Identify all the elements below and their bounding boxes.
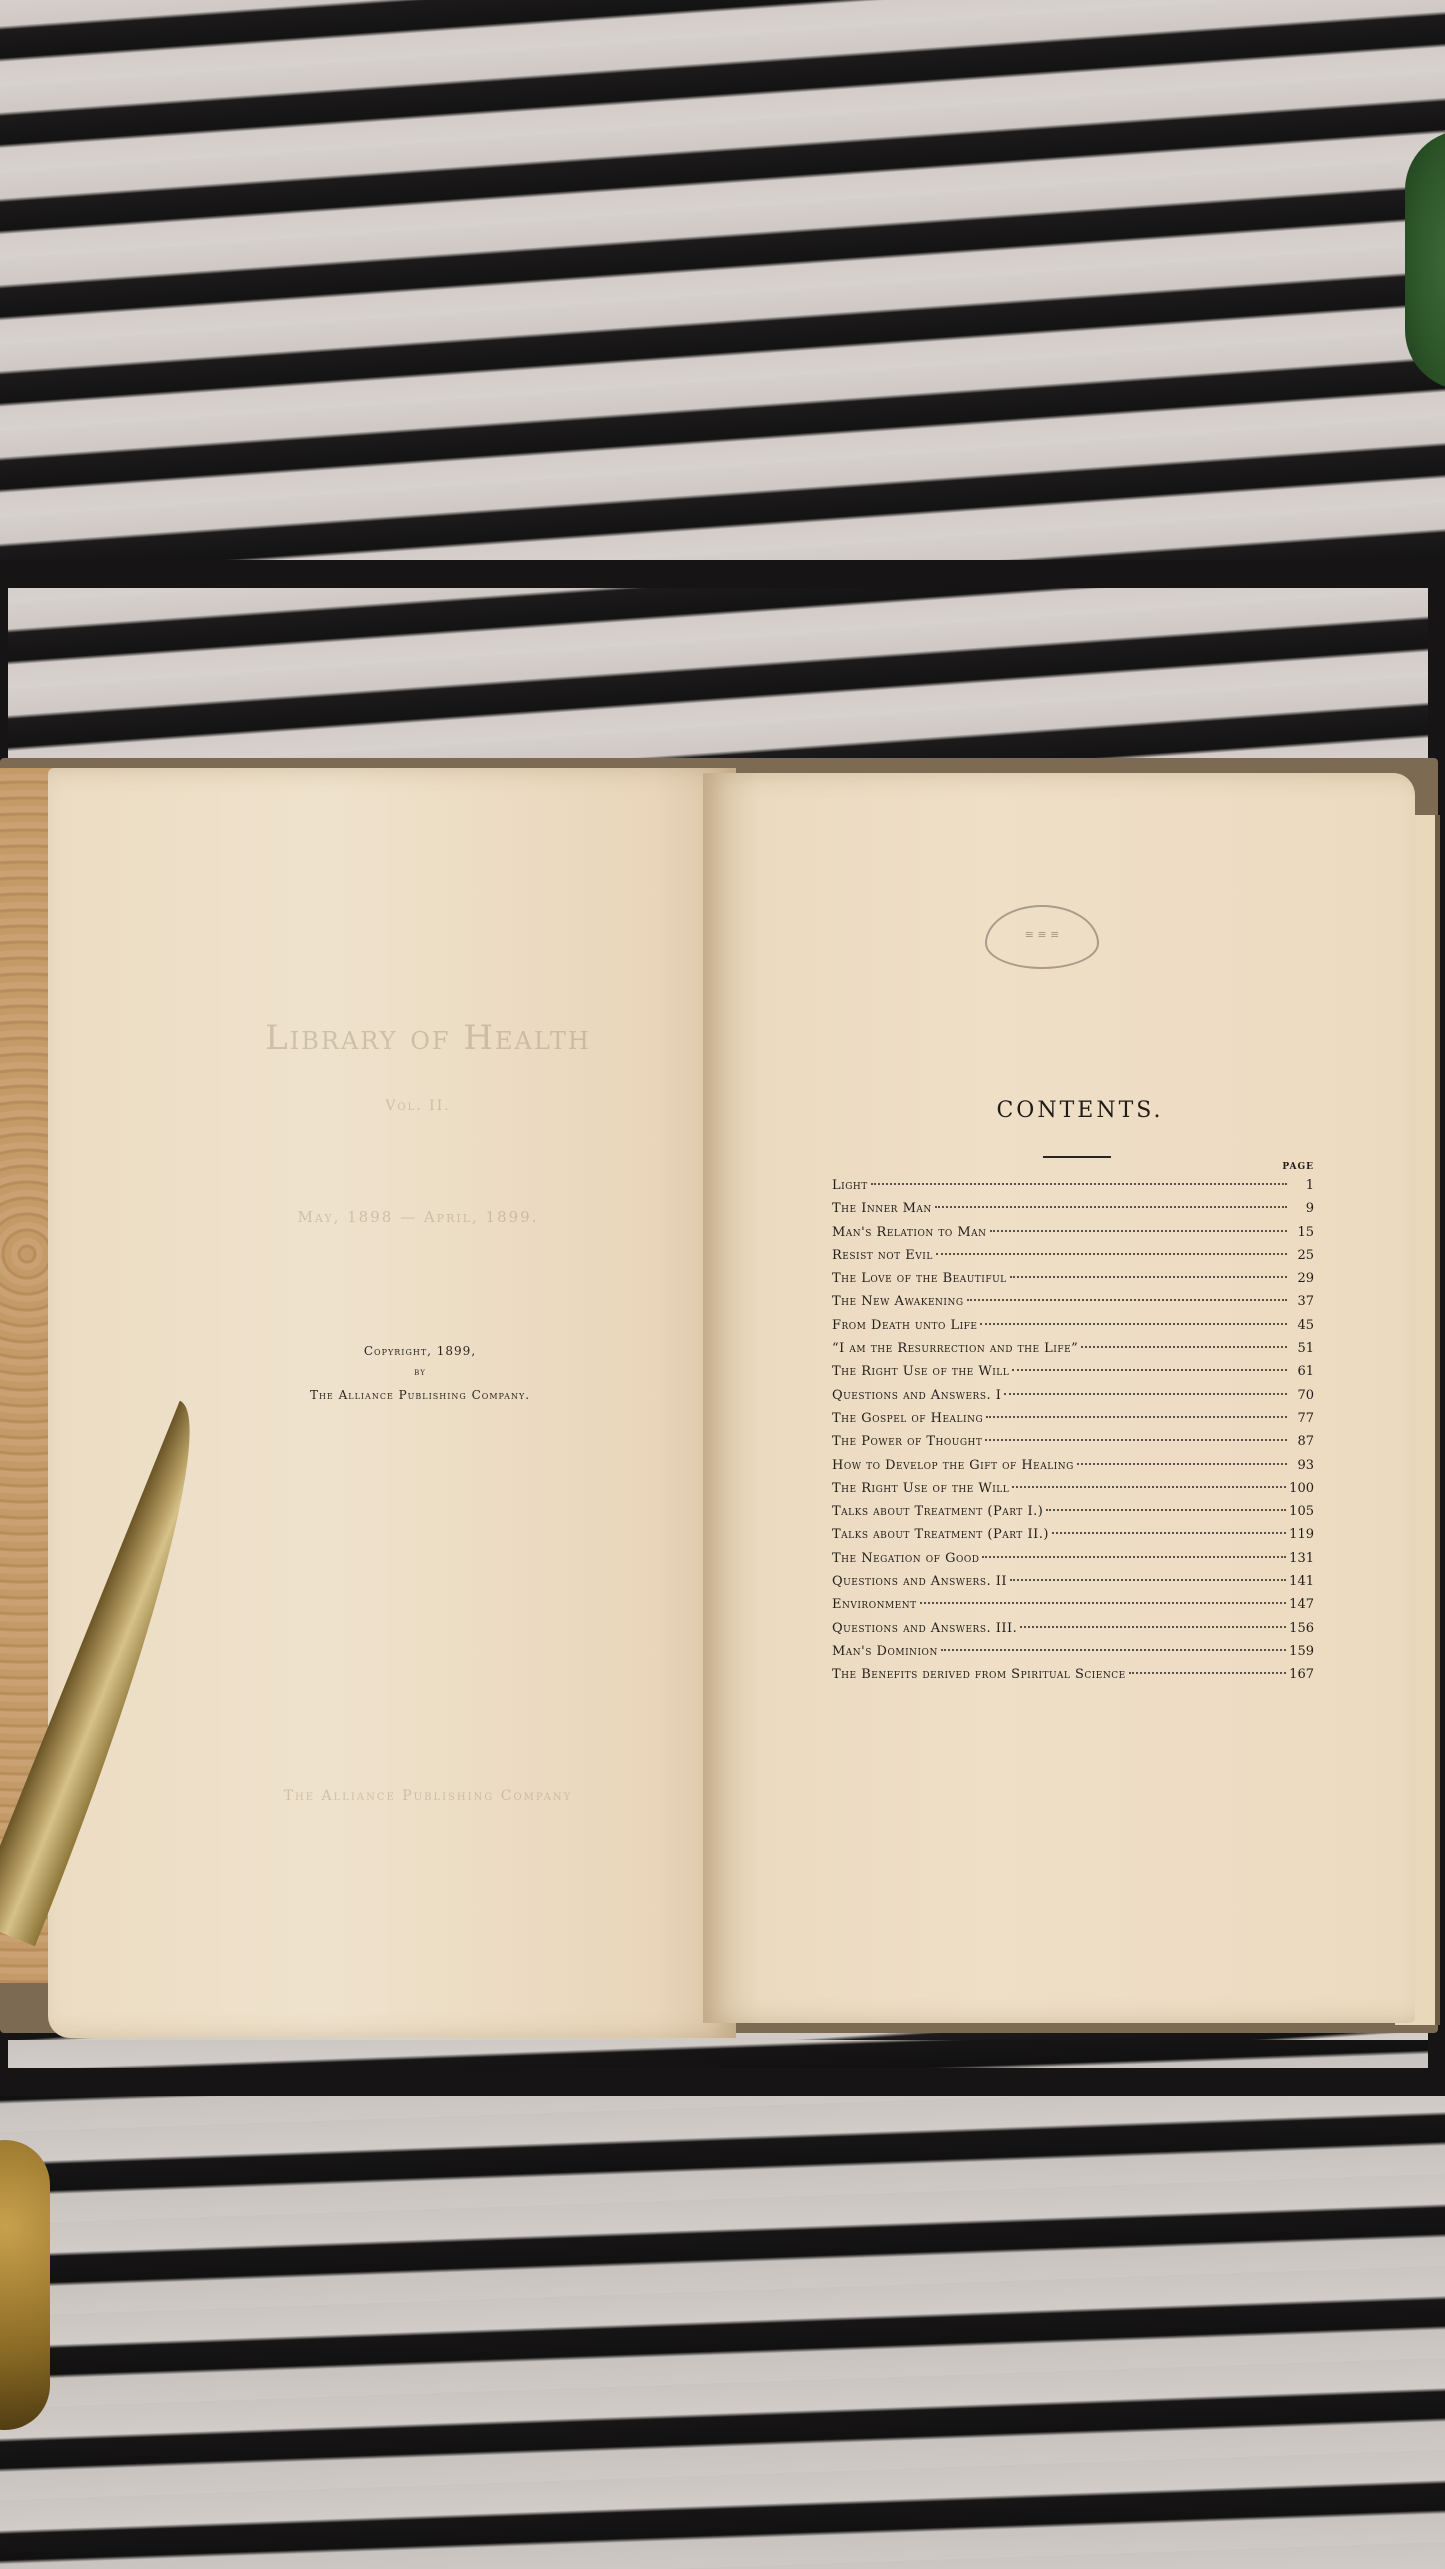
toc-entry-title: From Death unto Life [832,1318,977,1333]
toc-entry-title: The Power of Thought [832,1434,982,1449]
dot-leader [1129,1672,1286,1674]
toc-entry-title: Talks about Treatment (Part I.) [832,1504,1043,1519]
dot-leader [1077,1463,1287,1465]
dot-leader [871,1183,1287,1185]
dot-leader [1052,1532,1286,1534]
toc-entry: The Right Use of the Will100 [832,1481,1314,1504]
dot-leader [1020,1626,1286,1628]
dot-leader [1012,1486,1286,1488]
toc-entry: Questions and Answers. III.156 [832,1621,1314,1644]
toc-entry: Talks about Treatment (Part I.)105 [832,1504,1314,1527]
toc-entry-page: 37 [1290,1294,1314,1309]
toc-entry-title: Light [832,1178,868,1193]
toc-entry: The Gospel of Healing77 [832,1411,1314,1434]
toc-entry-title: Man's Dominion [832,1644,938,1659]
toc-entry-page: 29 [1290,1271,1314,1286]
toc-entry-title: “I am the Resurrection and the Life” [832,1341,1078,1356]
toc-entry-page: 147 [1289,1597,1314,1612]
toc-entry-title: The Benefits derived from Spiritual Scie… [832,1667,1126,1682]
toc-entry-page: 25 [1290,1248,1314,1263]
toc-entry: Talks about Treatment (Part II.)119 [832,1527,1314,1550]
dot-leader [936,1253,1287,1255]
toc-entry-page: 141 [1289,1574,1314,1589]
page-column-label: PAGE [832,1162,1314,1178]
toc-entry: Resist not Evil25 [832,1248,1314,1271]
toc-entry-page: 70 [1290,1388,1314,1403]
toc-entry: The New Awakening37 [832,1294,1314,1317]
toc-entry-title: The New Awakening [832,1294,964,1309]
toc-entry-page: 159 [1289,1644,1314,1659]
dot-leader [1012,1369,1287,1371]
toc-entry-page: 15 [1290,1225,1314,1240]
dot-leader [982,1556,1286,1558]
dot-leader [980,1323,1287,1325]
toc-entry-page: 131 [1289,1551,1314,1566]
contents-heading: CONTENTS. [830,1098,1330,1123]
dot-leader [935,1206,1287,1208]
toc-entry-page: 87 [1290,1434,1314,1449]
dot-leader [986,1416,1287,1418]
toc-entry-title: Talks about Treatment (Part II.) [832,1527,1049,1542]
toc-entry: The Benefits derived from Spiritual Scie… [832,1667,1314,1690]
toc-entry-title: Questions and Answers. III. [832,1621,1017,1636]
toc-entry: The Love of the Beautiful29 [832,1271,1314,1294]
toc-entry: Questions and Answers. II141 [832,1574,1314,1597]
toc-entry: Man's Dominion159 [832,1644,1314,1667]
toc-entry: “I am the Resurrection and the Life”51 [832,1341,1314,1364]
toc-entry-title: Questions and Answers. I [832,1388,1001,1403]
toc-entry-page: 119 [1289,1527,1314,1542]
toc-entry-page: 9 [1290,1201,1314,1216]
toc-entry-page: 77 [1290,1411,1314,1426]
toc-entry-title: How to Develop the Gift of Healing [832,1458,1074,1473]
dot-leader [941,1649,1286,1651]
toc-entry: The Right Use of the Will61 [832,1364,1314,1387]
toc-entry: The Negation of Good131 [832,1551,1314,1574]
bleed-through-date: May, 1898 — April, 1899. [218,1208,618,1226]
toc-entry-page: 100 [1289,1481,1314,1496]
striped-cloth-lower [0,2040,1445,2569]
table-of-contents: PAGE Light1The Inner Man9Man's Relation … [832,1162,1314,1691]
toc-entry: The Inner Man9 [832,1201,1314,1224]
toc-entry: Environment147 [832,1597,1314,1620]
dot-leader [1010,1579,1286,1581]
toc-entry-page: 45 [1290,1318,1314,1333]
toc-entry-title: Environment [832,1597,917,1612]
toc-entry: Questions and Answers. I70 [832,1388,1314,1411]
toc-entry-title: The Inner Man [832,1201,932,1216]
copyright-publisher: The Alliance Publishing Company. [230,1384,610,1406]
toc-entry-page: 93 [1290,1458,1314,1473]
toc-entry-page: 1 [1290,1178,1314,1193]
toc-entry: The Power of Thought87 [832,1434,1314,1457]
toc-entry: Light1 [832,1178,1314,1201]
dot-leader [1010,1276,1287,1278]
dot-leader [990,1230,1287,1232]
dot-leader [1046,1509,1286,1511]
bleed-through-volume: Vol. II. [268,1098,568,1114]
toc-entry-title: The Right Use of the Will [832,1481,1009,1496]
heading-rule [1043,1156,1111,1158]
bleed-through-imprint: The Alliance Publishing Company [168,1788,688,1804]
bleed-through-title: Library of Health [168,1018,688,1058]
toc-entry-title: The Negation of Good [832,1551,979,1566]
toc-entry: How to Develop the Gift of Healing93 [832,1458,1314,1481]
dot-leader [967,1299,1287,1301]
toc-entry-title: The Love of the Beautiful [832,1271,1007,1286]
dot-leader [1081,1346,1287,1348]
brass-handle-ornament [0,2140,50,2430]
copyright-notice: Copyright, 1899, by The Alliance Publish… [230,1340,610,1406]
toc-entry: From Death unto Life45 [832,1318,1314,1341]
toc-entry-page: 156 [1289,1621,1314,1636]
toc-entry: Man's Relation to Man15 [832,1225,1314,1248]
toc-entry-page: 61 [1290,1364,1314,1379]
plant-leaf [1405,130,1445,390]
dot-leader [920,1602,1287,1604]
toc-entry-page: 51 [1290,1341,1314,1356]
toc-entry-title: Questions and Answers. II [832,1574,1007,1589]
toc-entry-title: Man's Relation to Man [832,1225,987,1240]
copyright-by: by [230,1362,610,1384]
copyright-line: Copyright, 1899, [230,1340,610,1362]
dot-leader [985,1439,1287,1441]
toc-entry-page: 167 [1289,1667,1314,1682]
dot-leader [1004,1393,1287,1395]
toc-entry-title: Resist not Evil [832,1248,933,1263]
toc-entry-page: 105 [1289,1504,1314,1519]
toc-entry-title: The Right Use of the Will [832,1364,1009,1379]
toc-entry-title: The Gospel of Healing [832,1411,983,1426]
